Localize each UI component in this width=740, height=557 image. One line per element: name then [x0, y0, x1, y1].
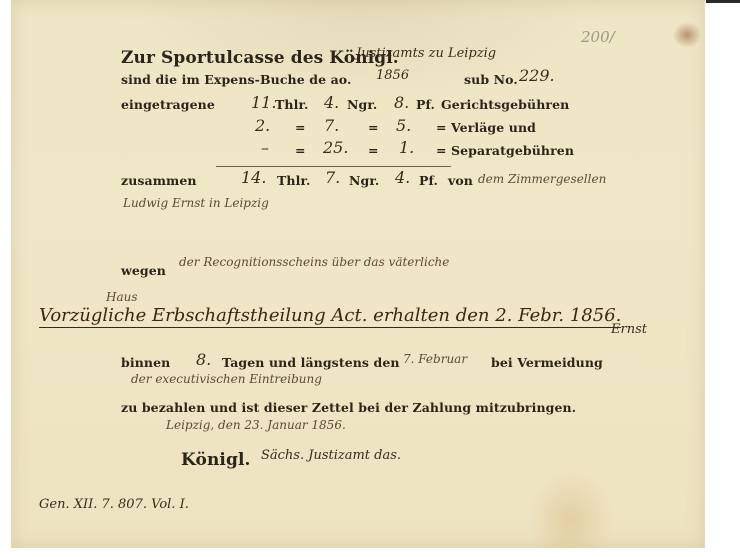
- total-unit-ngr: Ngr.: [349, 173, 379, 188]
- reason-hand-line2-text: Vorzügliche Erbschaftstheilung Act. erha…: [39, 305, 621, 328]
- fee-row1-unit-ngr: Ngr.: [347, 97, 377, 112]
- deadline-days-hand: 8.: [196, 350, 211, 369]
- place-date-hand: Leipzig, den 23. Januar 1856.: [166, 418, 346, 432]
- label-vermeidung: bei Vermeidung: [491, 355, 603, 370]
- fee-row1-desc: Gerichtsgebühren: [441, 97, 569, 112]
- label-zusammen: zusammen: [121, 173, 197, 188]
- header-hand-year: 1856: [376, 68, 409, 83]
- fee-row2-unit-pf: =: [436, 120, 447, 135]
- fee-row3-ngr: 25.: [323, 138, 348, 157]
- label-wegen: wegen: [121, 263, 166, 278]
- total-thlr: 14.: [241, 168, 266, 187]
- fee-row3-unit-thlr: =: [295, 143, 306, 158]
- fee-row1-pf: 8.: [394, 93, 409, 112]
- label-tagen: Tagen und längstens den: [222, 355, 400, 370]
- fee-row1-ngr: 4.: [324, 93, 339, 112]
- payer-hand-line2: Ludwig Ernst in Leipzig: [123, 196, 269, 210]
- total-pf: 4.: [395, 168, 410, 187]
- header-printed-line2a: sind die im Expens-Buche de ao.: [121, 72, 351, 87]
- fee-receipt-paper: 200/ Zur Sportulcasse des Königl. Justiz…: [11, 0, 705, 548]
- fee-row1-thlr: 11.: [251, 93, 276, 112]
- signature-printed: Königl.: [181, 450, 251, 470]
- fee-row3-desc: Separatgebühren: [451, 143, 574, 158]
- fee-row1-unit-pf: Pf.: [416, 97, 435, 112]
- header-hand-office: Justizamts zu Leipzig: [356, 46, 496, 61]
- fee-row1-unit-thlr: Thlr.: [275, 97, 308, 112]
- scan-edge-mark: [706, 0, 740, 3]
- fee-row3-unit-ngr: =: [368, 143, 379, 158]
- fee-row3-unit-pf: =: [436, 143, 447, 158]
- penalty-hand: der executivischen Eintreibung: [131, 372, 322, 386]
- total-ngr: 7.: [325, 168, 340, 187]
- label-eingetragene: eingetragene: [121, 97, 215, 112]
- fee-row3-thlr: –: [261, 138, 269, 157]
- reason-hand-margin-name: Ernst: [611, 322, 647, 337]
- deadline-date-hand: 7. Februar: [403, 352, 467, 366]
- fee-row2-unit-ngr: =: [368, 120, 379, 135]
- fee-row2-pf: 5.: [396, 116, 411, 135]
- scanned-document-page: 200/ Zur Sportulcasse des Königl. Justiz…: [0, 0, 740, 557]
- signature-hand: Sächs. Justizamt das.: [261, 448, 401, 463]
- total-unit-pf: Pf.: [419, 173, 438, 188]
- payment-instruction: zu bezahlen und ist dieser Zettel bei de…: [121, 400, 576, 415]
- fee-row2-ngr: 7.: [324, 116, 339, 135]
- total-unit-thlr: Thlr.: [277, 173, 310, 188]
- header-printed-line2b: sub No.: [464, 72, 518, 87]
- fee-row2-desc: Verläge und: [451, 120, 536, 135]
- reason-hand-line2: Vorzügliche Erbschaftstheilung Act. erha…: [39, 305, 621, 326]
- fee-row3-pf: 1.: [399, 138, 414, 157]
- archive-pencil-note: 200/: [581, 28, 615, 46]
- header-hand-entry-no: 229.: [519, 66, 555, 85]
- fee-row2-thlr: 2.: [255, 116, 270, 135]
- sum-rule: [216, 166, 451, 167]
- archive-reference: Gen. XII. 7. 807. Vol. I.: [39, 497, 189, 512]
- label-von: von: [448, 173, 473, 188]
- reason-hand-prefix: Haus: [106, 290, 138, 304]
- payer-hand-line1: dem Zimmergesellen: [478, 172, 606, 186]
- fee-row2-unit-thlr: =: [295, 120, 306, 135]
- reason-hand-line1: der Recognitionsscheins über das väterli…: [179, 255, 449, 269]
- label-binnen: binnen: [121, 355, 170, 370]
